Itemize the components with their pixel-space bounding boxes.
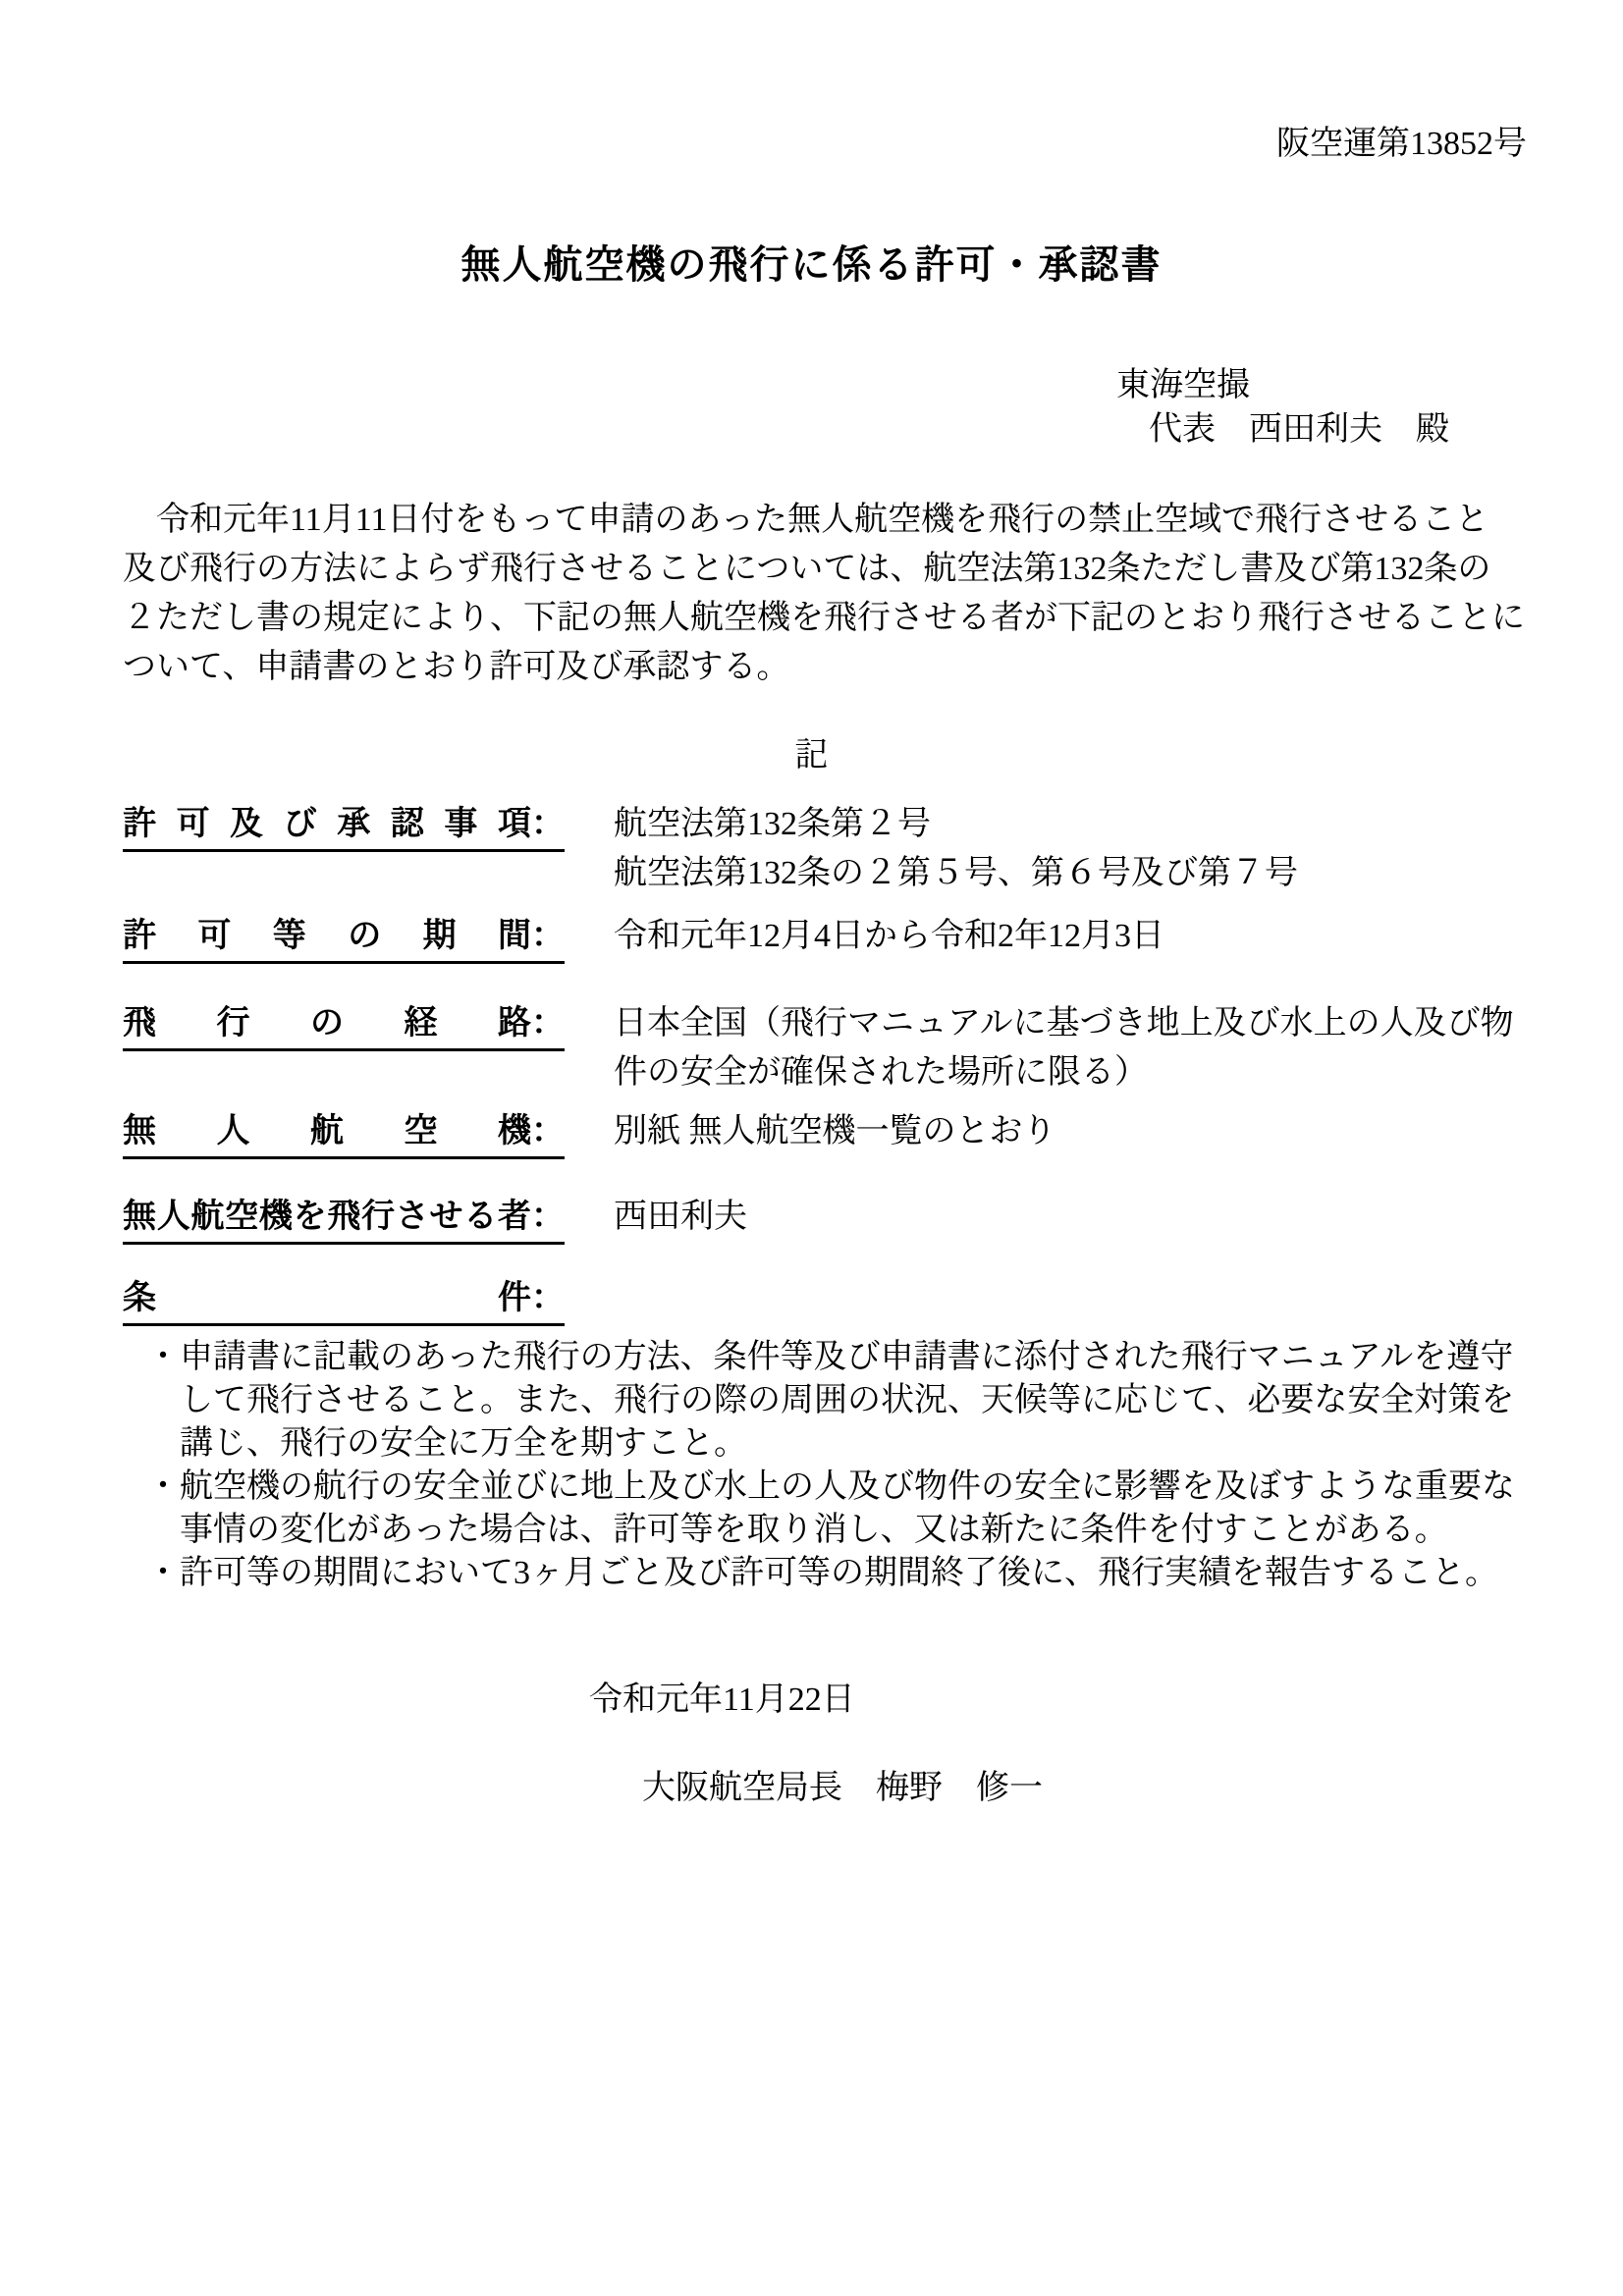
item-label-underline: 許可及び承認事項 ： (123, 800, 565, 852)
item-label: 条件 (123, 1274, 531, 1323)
item-label: 飛行の経路 (123, 999, 531, 1048)
section-marker: 記 (0, 731, 1623, 780)
item-value-line: 件の安全が確保された場所に限る） (614, 1048, 1514, 1097)
item-label: 無人航空機 (123, 1107, 531, 1156)
permit-item-row: 条件 ： (123, 1274, 1623, 1326)
item-colon: ： (531, 1274, 565, 1323)
item-colon: ： (531, 800, 565, 849)
item-label-underline: 飛行の経路 ： (123, 999, 565, 1051)
item-value-line: 別紙 無人航空機一覧のとおり (614, 1107, 1056, 1156)
permit-item-row: 許可及び承認事項 ： 航空法第132条第２号 航空法第132条の２第５号、第６号… (123, 800, 1623, 898)
body-paragraph-line: 令和元年11月11日付をもって申請のあった無人航空機を飛行の禁止空域で飛行させる… (123, 496, 1623, 545)
item-value-line: 航空法第132条第２号 (614, 800, 1298, 849)
item-colon: ： (531, 912, 565, 961)
document-number: 阪空運第13852号 (0, 120, 1623, 169)
condition-bullet-line: ・許可等の期間において3ヶ月ごと及び許可等の期間終了後に、飛行実績を報告すること… (146, 1552, 1623, 1595)
item-label-underline: 無人航空機を飛行させる者 ： (123, 1193, 565, 1245)
condition-bullet-line: ・申請書に記載のあった飛行の方法、条件等及び申請書に添付された飛行マニュアルを遵… (146, 1336, 1623, 1379)
issue-date: 令和元年11月22日 (589, 1676, 1623, 1725)
permit-item-row: 無人航空機 ： 別紙 無人航空機一覧のとおり (123, 1107, 1623, 1159)
body-paragraph: 令和元年11月11日付をもって申請のあった無人航空機を飛行の禁止空域で飛行させる… (123, 496, 1623, 692)
conditions-list: ・申請書に記載のあった飛行の方法、条件等及び申請書に添付された飛行マニュアルを遵… (146, 1336, 1623, 1595)
addressee-representative: 代表 西田利夫 殿 (1149, 407, 1623, 452)
item-colon: ： (531, 999, 565, 1048)
item-label-underline: 許可等の期間 ： (123, 912, 565, 964)
item-label: 無人航空機を飛行させる者 (123, 1193, 531, 1242)
condition-bullet-line: ・航空機の航行の安全並びに地上及び水上の人及び物件の安全に影響を及ぼすような重要… (146, 1466, 1623, 1509)
item-label: 許可及び承認事項 (123, 800, 531, 849)
addressee-block: 東海空撮 代表 西田利夫 殿 (1116, 363, 1623, 452)
item-colon: ： (531, 1193, 565, 1242)
item-label: 許可等の期間 (123, 912, 531, 961)
permit-item-row: 無人航空機を飛行させる者 ： 西田利夫 (123, 1193, 1623, 1245)
item-value: 西田利夫 (614, 1193, 747, 1242)
issuer-signature: 大阪航空局長 梅野 修一 (642, 1764, 1623, 1813)
body-paragraph-line: ついて、申請書のとおり許可及び承認する。 (123, 643, 1623, 692)
item-value-line: 航空法第132条の２第５号、第６号及び第７号 (614, 849, 1298, 898)
permit-item-row: 飛行の経路 ： 日本全国（飛行マニュアルに基づき地上及び水上の人及び物 件の安全… (123, 999, 1623, 1097)
item-value: 日本全国（飛行マニュアルに基づき地上及び水上の人及び物 件の安全が確保された場所… (614, 999, 1514, 1097)
permit-items: 許可及び承認事項 ： 航空法第132条第２号 航空法第132条の２第５号、第６号… (123, 800, 1623, 1326)
condition-bullet-line: 事情の変化があった場合は、許可等を取り消し、又は新たに条件を付すことがある。 (146, 1509, 1623, 1552)
document-title: 無人航空機の飛行に係る許可・承認書 (0, 240, 1623, 290)
condition-bullet-line: して飛行させること。また、飛行の際の周囲の状況、天候等に応じて、必要な安全対策を (146, 1379, 1623, 1422)
item-value-line: 西田利夫 (614, 1193, 747, 1242)
item-label-underline: 条件 ： (123, 1274, 565, 1326)
body-paragraph-line: 及び飛行の方法によらず飛行させることについては、航空法第132条ただし書及び第1… (123, 545, 1623, 594)
addressee-company: 東海空撮 (1116, 363, 1623, 407)
item-value: 航空法第132条第２号 航空法第132条の２第５号、第６号及び第７号 (614, 800, 1298, 898)
item-value-line: 日本全国（飛行マニュアルに基づき地上及び水上の人及び物 (614, 999, 1514, 1048)
condition-bullet-line: 講じ、飛行の安全に万全を期すこと。 (146, 1422, 1623, 1466)
item-value: 別紙 無人航空機一覧のとおり (614, 1107, 1056, 1156)
permit-item-row: 許可等の期間 ： 令和元年12月4日から令和2年12月3日 (123, 912, 1623, 964)
item-colon: ： (531, 1107, 565, 1156)
permit-document-page: 阪空運第13852号 無人航空機の飛行に係る許可・承認書 東海空撮 代表 西田利… (0, 0, 1623, 2296)
item-value: 令和元年12月4日から令和2年12月3日 (614, 912, 1164, 961)
item-value-line: 令和元年12月4日から令和2年12月3日 (614, 912, 1164, 961)
body-paragraph-line: ２ただし書の規定により、下記の無人航空機を飛行させる者が下記のとおり飛行させるこ… (123, 594, 1623, 643)
item-label-underline: 無人航空機 ： (123, 1107, 565, 1159)
